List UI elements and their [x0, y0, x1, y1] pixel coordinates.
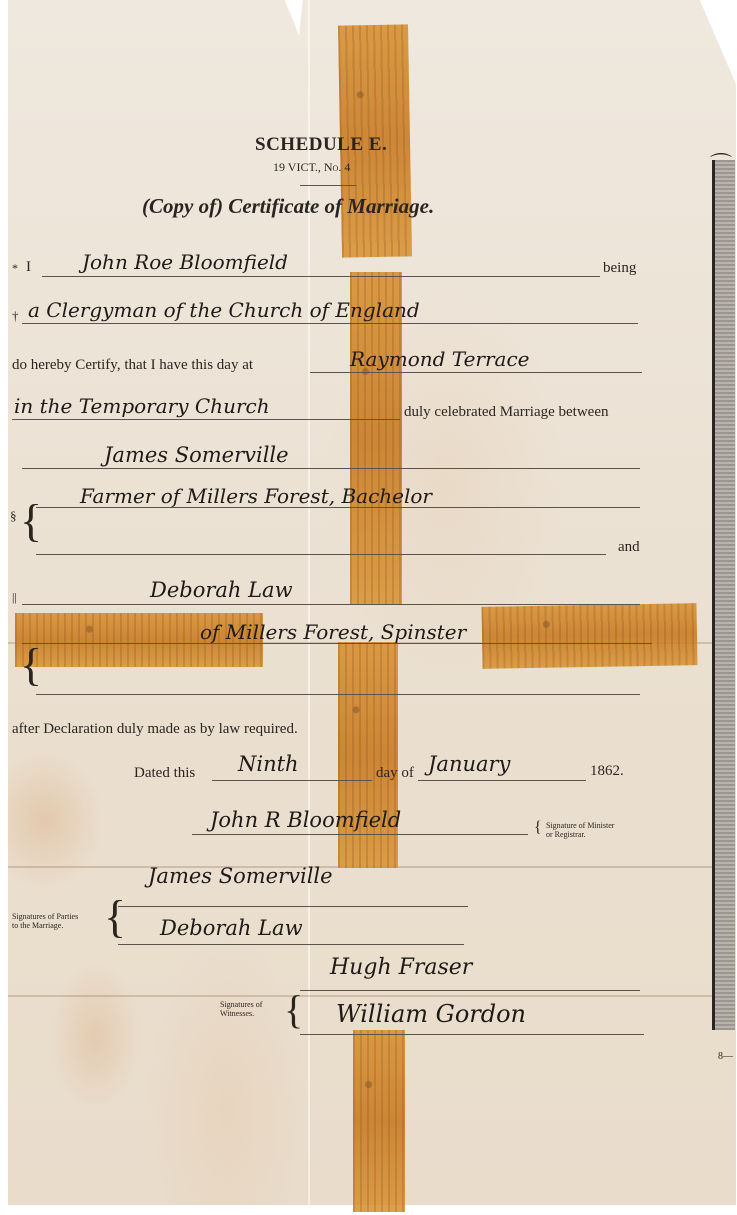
- field-line: [22, 468, 640, 469]
- tape-strip-right: [481, 603, 697, 669]
- parties-label-1: Signatures of Parties: [12, 912, 78, 921]
- printed-side-border: [712, 160, 735, 1030]
- marker-section: §: [10, 508, 17, 524]
- minister-sig-label-1: Signature of Minister: [546, 821, 614, 830]
- marker-star: *: [12, 261, 18, 276]
- field-line: [418, 780, 586, 781]
- celebrated-text: duly celebrated Marriage between: [404, 404, 608, 421]
- and-label: and: [618, 539, 640, 556]
- parties-brace: {: [104, 894, 126, 940]
- bride-signature: Deborah Law: [160, 916, 303, 940]
- signature-line: [300, 1034, 644, 1035]
- witnesses-label-1: Signatures of: [220, 1000, 262, 1009]
- minister-sig-brace: {: [534, 819, 542, 837]
- witnesses-label-2: Witnesses.: [220, 1009, 254, 1018]
- schedule-heading: SCHEDULE E.: [255, 134, 387, 156]
- signature-line: [118, 944, 464, 945]
- field-line: [36, 554, 606, 555]
- fold-crease: [308, 0, 310, 1205]
- border-curl-top: ⌒: [710, 148, 732, 179]
- month-field: January: [428, 752, 510, 776]
- fold-crease: [8, 995, 713, 997]
- field-line: [42, 276, 600, 277]
- declaration-text: after Declaration duly made as by law re…: [12, 721, 298, 738]
- marker-parallel: ||: [12, 590, 17, 605]
- witness-2-signature: William Gordon: [336, 1000, 526, 1028]
- field-line: [310, 372, 642, 373]
- day-field: Ninth: [238, 752, 299, 776]
- parties-label-2: to the Marriage.: [12, 921, 63, 930]
- venue-field: in the Temporary Church: [14, 394, 270, 418]
- tape-strip-bottom: [353, 1030, 405, 1212]
- witness-1-signature: Hugh Fraser: [330, 955, 472, 980]
- groom-details-field: Farmer of Millers Forest, Bachelor: [80, 484, 432, 508]
- field-line: [22, 323, 638, 324]
- field-line: [22, 604, 640, 605]
- field-line: [212, 780, 372, 781]
- bride-brace: {: [20, 642, 42, 688]
- dated-prefix: Dated this: [134, 765, 195, 782]
- day-of-label: day of: [376, 765, 414, 782]
- witnesses-brace: {: [284, 990, 303, 1030]
- certificate-title: (Copy of) Certificate of Marriage.: [142, 194, 434, 219]
- groom-brace: {: [20, 498, 42, 544]
- bride-details-field: of Millers Forest, Spinster: [200, 620, 466, 644]
- minister-sig-label-2: or Registrar.: [546, 830, 586, 839]
- line1-prefix: I: [26, 259, 31, 276]
- groom-signature: James Somerville: [148, 864, 333, 888]
- header-divider: [300, 185, 356, 186]
- margin-mark: 8—: [718, 1052, 733, 1061]
- place-field: Raymond Terrace: [350, 347, 530, 371]
- marker-dagger: †: [12, 308, 19, 324]
- minister-signature: John R Bloomfield: [210, 808, 401, 832]
- bride-name-field: Deborah Law: [150, 578, 293, 602]
- minister-name-field: John Roe Bloomfield: [82, 250, 288, 274]
- signature-line: [192, 834, 528, 835]
- minister-title-field: a Clergyman of the Church of England: [28, 298, 420, 322]
- field-line: [12, 419, 400, 420]
- field-line: [36, 694, 640, 695]
- signature-line: [300, 990, 640, 991]
- line1-suffix: being: [603, 260, 636, 277]
- schedule-subheading: 19 VICT., No. 4: [273, 160, 350, 175]
- groom-name-field: James Somerville: [104, 443, 289, 467]
- signature-line: [118, 906, 468, 907]
- certify-text: do hereby Certify, that I have this day …: [12, 357, 253, 374]
- year-label: 1862.: [590, 763, 624, 780]
